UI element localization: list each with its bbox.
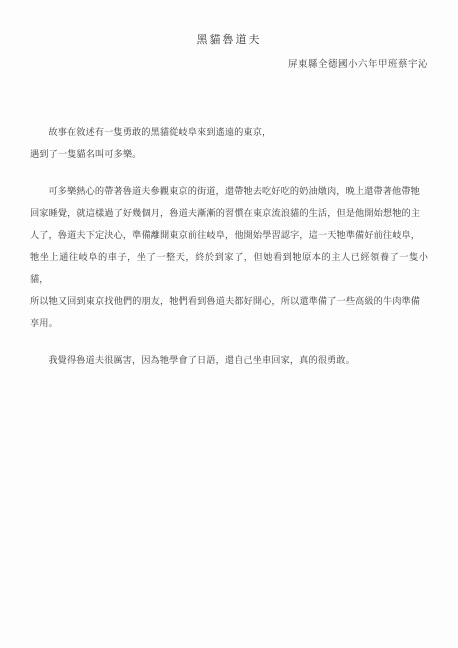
paragraph-story-summary: 可多樂熱心的帶著魯道夫參觀東京的街道，還帶牠去吃好吃的奶油燉肉，晚上還帶著他帶牠… <box>30 180 428 334</box>
paragraph-reflection: 我覺得魯道夫很厲害，因為牠學會了日語，還自己坐車回家，真的很勇敢。 <box>30 349 428 371</box>
doc-byline: 屏東縣全德國小六年甲班蔡宇沁 <box>30 59 428 72</box>
doc-title: 黑貓魯道夫 <box>30 28 428 48</box>
document-page: 黑貓魯道夫 屏東縣全德國小六年甲班蔡宇沁 故事在敘述有一隻勇敢的黑貓從岐阜來到遙… <box>0 0 458 648</box>
doc-body: 故事在敘述有一隻勇敢的黑貓從岐阜來到遙遠的東京， 遇到了一隻貓名叫可多樂。 可多… <box>30 121 428 371</box>
paragraph-story-intro: 故事在敘述有一隻勇敢的黑貓從岐阜來到遙遠的東京， 遇到了一隻貓名叫可多樂。 <box>30 121 428 165</box>
